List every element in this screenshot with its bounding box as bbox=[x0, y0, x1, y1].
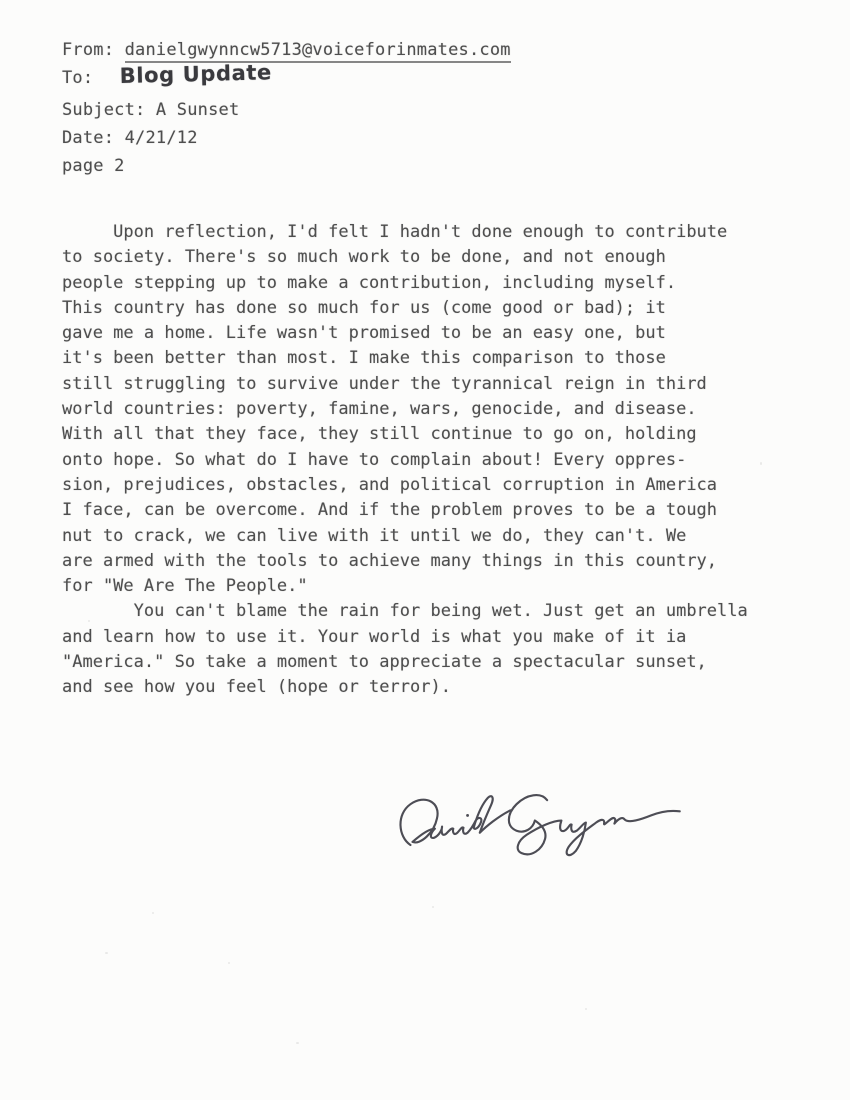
scan-noise-dot bbox=[585, 1008, 587, 1010]
page-number: page 2 bbox=[62, 152, 810, 180]
letter-line: This country has done so much for us (co… bbox=[62, 296, 810, 321]
letter-line: people stepping up to make a contributio… bbox=[62, 271, 810, 296]
letter-line: and see how you feel (hope or terror). bbox=[62, 675, 810, 700]
letter-line: With all that they face, they still cont… bbox=[62, 422, 810, 447]
scan-noise-dot bbox=[760, 462, 762, 465]
date-line: Date: 4/21/12 bbox=[62, 124, 810, 152]
to-value-handwritten: Blog Update bbox=[119, 60, 272, 88]
to-line: To: Blog Update bbox=[62, 64, 810, 96]
scan-noise-dot bbox=[105, 952, 108, 954]
signature bbox=[388, 770, 694, 870]
letter-line: gave me a home. Life wasn't promised to … bbox=[62, 321, 810, 346]
subject-line: Subject: A Sunset bbox=[62, 96, 810, 124]
letter-line: for "We Are The People." bbox=[62, 574, 810, 599]
scan-noise-dot bbox=[432, 906, 434, 908]
signature-stroke-icon bbox=[388, 770, 694, 870]
letter-line: nut to crack, we can live with it until … bbox=[62, 524, 810, 549]
letter-line: sion, prejudices, obstacles, and politic… bbox=[62, 473, 810, 498]
letter-line: "America." So take a moment to appreciat… bbox=[62, 650, 810, 675]
letter-body: Upon reflection, I'd felt I hadn't done … bbox=[62, 220, 810, 701]
scan-noise-dot bbox=[152, 912, 154, 914]
letter-line: and learn how to use it. Your world is w… bbox=[62, 625, 810, 650]
letter-line: world countries: poverty, famine, wars, … bbox=[62, 397, 810, 422]
scan-noise-dot bbox=[296, 1042, 299, 1044]
letter-line: onto hope. So what do I have to complain… bbox=[62, 448, 810, 473]
letter-line: are armed with the tools to achieve many… bbox=[62, 549, 810, 574]
letter-line: Upon reflection, I'd felt I hadn't done … bbox=[62, 220, 810, 245]
letter-line: it's been better than most. I make this … bbox=[62, 346, 810, 371]
letter-content: From: danielgwynncw5713@voiceforinmates.… bbox=[62, 36, 810, 701]
from-label: From: bbox=[62, 40, 125, 60]
from-email: danielgwynncw5713@voiceforinmates.com bbox=[125, 40, 511, 63]
from-line: From: danielgwynncw5713@voiceforinmates.… bbox=[62, 36, 810, 64]
scanned-letter-page: From: danielgwynncw5713@voiceforinmates.… bbox=[0, 0, 850, 1100]
letter-line: still struggling to survive under the ty… bbox=[62, 372, 810, 397]
letter-line: I face, can be overcome. And if the prob… bbox=[62, 498, 810, 523]
scan-noise-dot bbox=[88, 620, 90, 622]
letter-line: You can't blame the rain for being wet. … bbox=[62, 599, 810, 624]
scan-noise-dot bbox=[228, 962, 230, 964]
to-label: To: bbox=[62, 64, 104, 92]
letter-line: to society. There's so much work to be d… bbox=[62, 245, 810, 270]
